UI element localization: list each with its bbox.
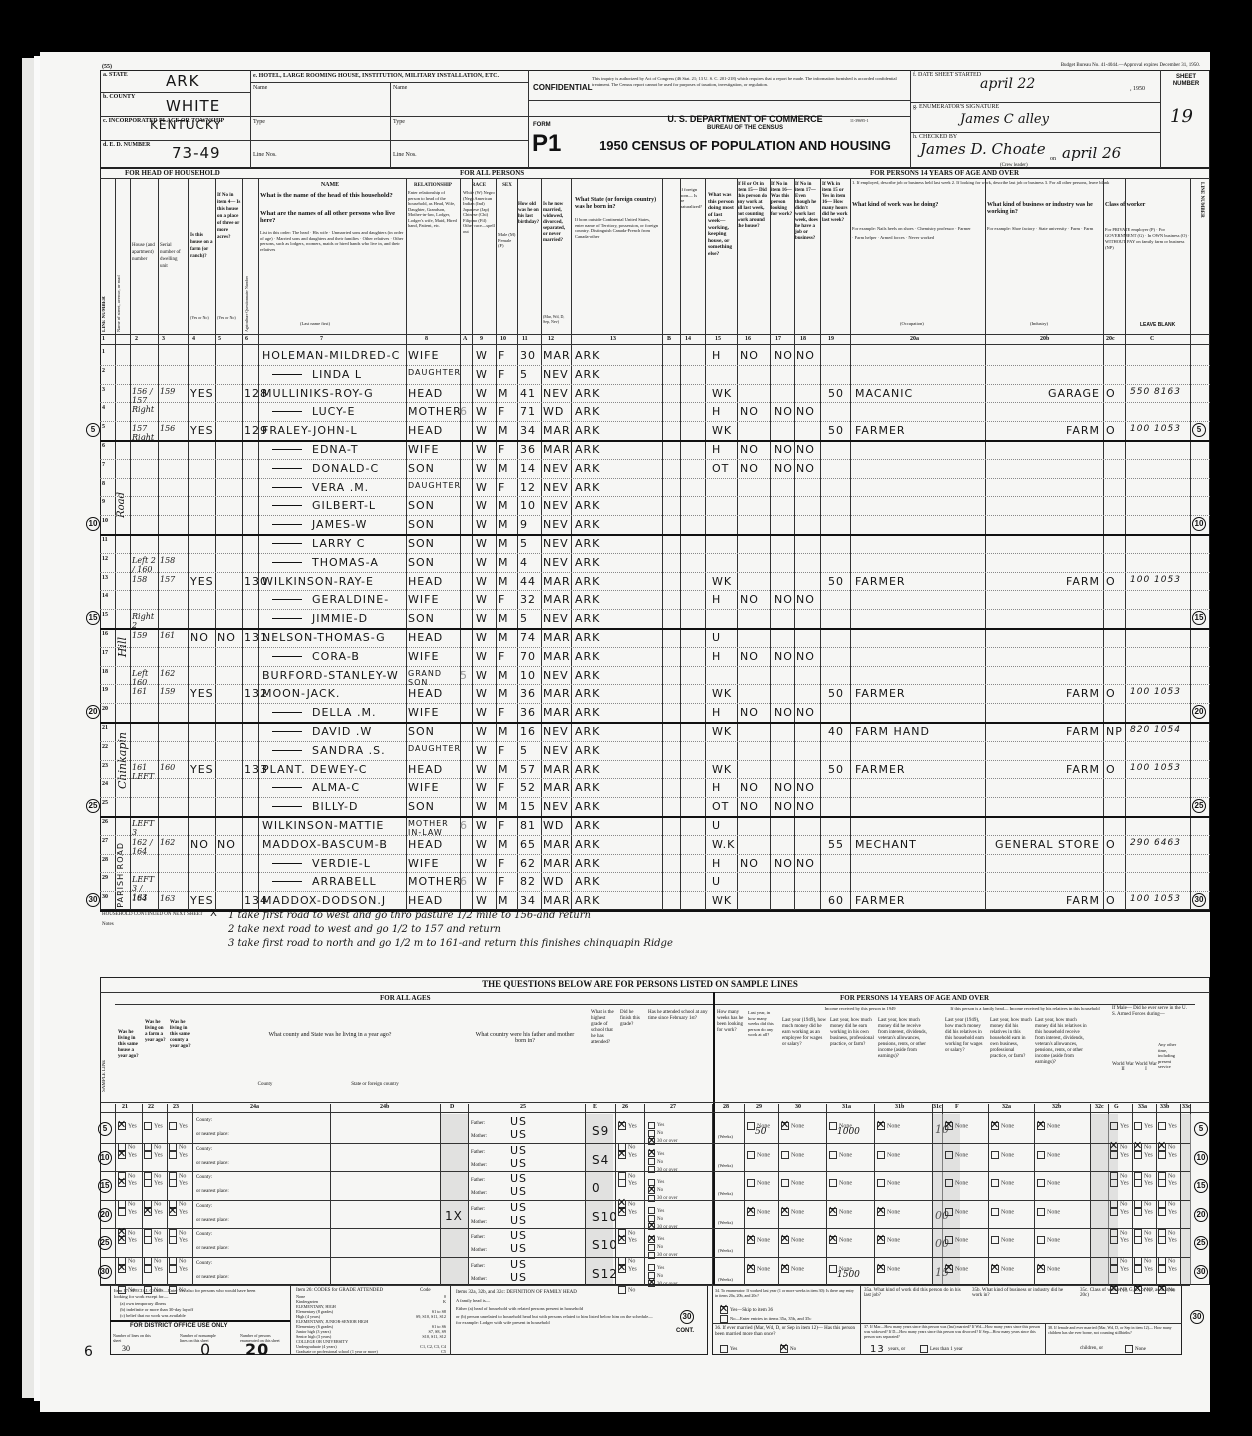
cell-farm: YES <box>190 687 214 700</box>
q31c-none-checkbox[interactable] <box>877 1236 885 1244</box>
q31b-field[interactable]: None <box>829 1203 852 1221</box>
q33b-yes-checkbox[interactable] <box>1134 1122 1142 1130</box>
sheet-label: SHEET NUMBER <box>1164 74 1208 88</box>
form-number: P1 <box>532 130 561 158</box>
q31a-field[interactable]: None <box>781 1260 804 1278</box>
cell-birth: ARK <box>575 800 655 813</box>
q24-county-field[interactable]: County:or nearest place: <box>196 1203 229 1224</box>
q34-no[interactable]: No—Enter entries in items 35a, 35b, and … <box>720 1315 811 1323</box>
q33c-yes[interactable]: Yes <box>1158 1174 1177 1192</box>
q27-yes-checkbox[interactable] <box>618 1236 626 1244</box>
q33a-yes[interactable]: Yes <box>1110 1174 1129 1192</box>
q23-yes[interactable]: Yes <box>169 1117 188 1135</box>
q32b-header: Last year, how much money did his relati… <box>990 1018 1032 1060</box>
q23-no-checkbox[interactable] <box>169 1286 177 1294</box>
q31a-none-checkbox[interactable] <box>781 1122 789 1130</box>
q23-yes[interactable]: Yes <box>169 1203 188 1221</box>
q28-checkbox[interactable] <box>648 1244 655 1251</box>
q33b-yes-checkbox[interactable] <box>1134 1265 1142 1273</box>
cell-rel: WIFE <box>408 349 460 362</box>
q21-yes-checkbox[interactable] <box>118 1208 126 1216</box>
q32b-field[interactable]: None <box>991 1231 1014 1249</box>
q32b-field[interactable]: None <box>991 1260 1014 1278</box>
cell-rel: HEAD <box>408 838 460 851</box>
q32c-none-checkbox[interactable] <box>1037 1179 1045 1187</box>
cell-mar: MAR <box>543 443 569 456</box>
q33b-yes[interactable]: Yes <box>1134 1260 1153 1278</box>
q21-yes-checkbox[interactable] <box>118 1265 126 1273</box>
q30-none-checkbox[interactable] <box>747 1151 755 1159</box>
q21-no-checkbox[interactable] <box>118 1286 126 1294</box>
sample-col-G: G <box>1114 1104 1119 1111</box>
q29-weeks[interactable]: (Weeks) <box>718 1191 733 1196</box>
q33b-no-checkbox[interactable] <box>1134 1286 1142 1294</box>
q32b-none-checkbox[interactable] <box>991 1122 999 1130</box>
cell-mar: MAR <box>543 631 569 644</box>
q33b-yes-checkbox[interactable] <box>1134 1208 1142 1216</box>
cell-race: W <box>476 763 490 776</box>
q29-weeks[interactable]: (Weeks) <box>718 1248 733 1253</box>
q22-yes[interactable]: Yes <box>144 1174 163 1192</box>
cell-house: 158 <box>132 575 160 584</box>
q33c-yes[interactable]: Yes <box>1158 1231 1177 1249</box>
sample-col-32a: 32a <box>1002 1104 1011 1111</box>
cell-age: 65 <box>520 838 540 851</box>
q30-none-checkbox[interactable] <box>747 1236 755 1244</box>
q32c-field[interactable]: None <box>1037 1203 1060 1221</box>
q31b-none-checkbox[interactable] <box>829 1236 837 1244</box>
col13-header: What State (or foreign country) was he b… <box>575 197 660 211</box>
q32a-none-checkbox[interactable] <box>945 1151 953 1159</box>
q21-yes-checkbox[interactable] <box>118 1151 126 1159</box>
q30-field[interactable]: None <box>747 1260 770 1278</box>
q21-yes-checkbox[interactable] <box>118 1122 126 1130</box>
q31a-field[interactable]: None <box>781 1174 804 1192</box>
q23-yes-checkbox[interactable] <box>169 1265 177 1273</box>
q24-county-field[interactable]: County:or nearest place: <box>196 1174 229 1195</box>
q27-yes-checkbox[interactable] <box>618 1122 626 1130</box>
date-year: , 1950 <box>1130 86 1145 93</box>
q32a-field[interactable]: None <box>945 1231 968 1249</box>
q21-no[interactable]: No <box>118 1281 137 1299</box>
col16-header: If H or Ot in item 15— Did this person d… <box>737 182 769 230</box>
q33a-yes-checkbox[interactable] <box>1110 1265 1118 1273</box>
q33a-yes[interactable]: Yes <box>1110 1231 1129 1249</box>
q32c-field[interactable]: None <box>1037 1117 1060 1135</box>
q33c-yes-checkbox[interactable] <box>1158 1122 1166 1130</box>
q33a-yes-checkbox[interactable] <box>1110 1179 1118 1187</box>
q21-yes[interactable]: Yes <box>118 1117 137 1135</box>
q24-county-field[interactable]: County:or nearest place: <box>196 1260 229 1281</box>
cell-race: W <box>476 349 490 362</box>
cell-hours: 50 <box>828 424 848 437</box>
q21-yes-checkbox[interactable] <box>118 1236 126 1244</box>
q37-less[interactable]: Less than 1 year <box>920 1345 963 1353</box>
cell-birth: ARK <box>575 424 655 437</box>
q21-yes[interactable]: Yes <box>118 1260 137 1278</box>
q33-group: If Male— Did he ever serve in the U. S. … <box>1112 1006 1187 1018</box>
q36-yes[interactable]: Yes <box>720 1345 737 1353</box>
q33a-no[interactable]: No <box>1110 1281 1129 1299</box>
q31c-none-checkbox[interactable] <box>877 1179 885 1187</box>
cell-serial: 162 <box>160 838 188 847</box>
cell-activity: WK <box>712 725 736 738</box>
q33c-yes-checkbox[interactable] <box>1158 1208 1166 1216</box>
q32a-none-checkbox[interactable] <box>945 1236 953 1244</box>
q32a-field[interactable]: None <box>945 1146 968 1164</box>
cell-q16: NO <box>740 800 768 813</box>
cell-name: PLANT. DEWEY-C <box>262 763 406 776</box>
q32b-field[interactable]: None <box>991 1117 1014 1135</box>
q23-yes[interactable]: Yes <box>169 1260 188 1278</box>
q32b-none-checkbox[interactable] <box>991 1179 999 1187</box>
q31a-none-checkbox[interactable] <box>781 1179 789 1187</box>
q34-yes[interactable]: Yes—Skip to item 36 <box>720 1306 773 1314</box>
q32a-none-checkbox[interactable] <box>945 1122 953 1130</box>
q28-option[interactable]: Yes <box>648 1259 678 1267</box>
q32b-none-checkbox[interactable] <box>991 1265 999 1273</box>
col20a-examples: For example: Nails heels on shoes · Chem… <box>852 224 972 242</box>
sample-col-33a: 33a <box>1138 1104 1147 1111</box>
q31a-field[interactable]: None <box>781 1231 804 1249</box>
cell-codes: 550 8163 <box>1130 387 1190 397</box>
sample-line-marker: 30 <box>86 893 100 907</box>
q31a-none-checkbox[interactable] <box>781 1151 789 1159</box>
q28-option[interactable]: Yes <box>648 1173 678 1181</box>
q32a-field[interactable]: None <box>945 1174 968 1192</box>
q31b-field[interactable]: None <box>829 1146 852 1164</box>
cell-serial: 159 <box>160 387 188 396</box>
q31b-none-checkbox[interactable] <box>829 1122 837 1130</box>
q33c-yes[interactable]: Yes <box>1158 1146 1177 1164</box>
q33b-yes[interactable]: Yes <box>1134 1117 1153 1135</box>
q33c-yes-checkbox[interactable] <box>1158 1151 1166 1159</box>
persons-value: 20 <box>245 1340 269 1359</box>
q33a-no-checkbox[interactable] <box>1110 1286 1118 1294</box>
q32a-field[interactable]: None <box>945 1260 968 1278</box>
q31c-none-checkbox[interactable] <box>877 1122 885 1130</box>
q33b-yes[interactable]: Yes <box>1134 1174 1153 1192</box>
q22-no[interactable]: No <box>144 1281 163 1299</box>
q32a-none-checkbox[interactable] <box>945 1208 953 1216</box>
q33c-yes[interactable]: Yes <box>1158 1117 1177 1135</box>
cell-house: 162 / 164 <box>132 838 160 856</box>
q32c-field[interactable]: None <box>1037 1231 1060 1249</box>
cell-activity: H <box>712 405 736 418</box>
q27-yes-checkbox[interactable] <box>618 1265 626 1273</box>
q22-yes[interactable]: Yes <box>144 1117 163 1135</box>
q28-checkbox[interactable] <box>648 1150 655 1157</box>
cell-occ: FARMER <box>855 575 985 588</box>
q28-checkbox[interactable] <box>648 1122 655 1129</box>
cell-serial: 160 <box>160 763 188 772</box>
q32b-none-checkbox[interactable] <box>991 1236 999 1244</box>
q31a-field[interactable]: None <box>781 1117 804 1135</box>
q30-field[interactable]: None <box>747 1203 770 1221</box>
q27-no-checkbox[interactable] <box>618 1286 626 1294</box>
q28-checkbox[interactable] <box>648 1187 655 1194</box>
q32a-field[interactable]: None <box>945 1203 968 1221</box>
q29-weeks[interactable]: (Weeks) <box>718 1163 733 1168</box>
q30-none-checkbox[interactable] <box>747 1179 755 1187</box>
q28-option[interactable]: Yes <box>648 1230 678 1238</box>
q32b-none-checkbox[interactable] <box>991 1208 999 1216</box>
q29-weeks[interactable]: (Weeks) <box>718 1277 733 1282</box>
q23-yes[interactable]: Yes <box>169 1231 188 1249</box>
q31b-field[interactable]: None <box>829 1174 852 1192</box>
cell-sex: M <box>498 631 514 644</box>
cell-line: 18 <box>102 669 114 676</box>
q33b-yes[interactable]: Yes <box>1134 1146 1153 1164</box>
q33a-yes[interactable]: Yes <box>1110 1146 1129 1164</box>
q31a-none-checkbox[interactable] <box>781 1265 789 1273</box>
cell-race: W <box>476 669 490 682</box>
q28-checkbox[interactable] <box>648 1280 655 1287</box>
q32b-field[interactable]: None <box>991 1146 1014 1164</box>
q28-checkbox[interactable] <box>648 1264 655 1271</box>
q31a-none-checkbox[interactable] <box>781 1208 789 1216</box>
q31a-header: Last year (1949), how much money did he … <box>782 1018 827 1048</box>
q28-option[interactable]: 30 or over <box>648 1275 678 1283</box>
col8-title: RELATIONSHIP <box>408 182 458 189</box>
q31-group: Income received by this person in 1949 <box>800 1006 920 1011</box>
q23-yes-checkbox[interactable] <box>169 1151 177 1159</box>
q33a-yes[interactable]: Yes <box>1110 1260 1129 1278</box>
q31c-field[interactable]: None <box>877 1174 900 1192</box>
q23-yes-checkbox[interactable] <box>169 1208 177 1216</box>
q31b-none-checkbox[interactable] <box>829 1265 837 1273</box>
q30-field[interactable]: None <box>747 1146 770 1164</box>
cell-cls: O <box>1106 424 1126 437</box>
cell-house: 159 <box>132 631 160 640</box>
q32a-none-checkbox[interactable] <box>945 1179 953 1187</box>
q32b-field[interactable]: None <box>991 1174 1014 1192</box>
q33b-no[interactable]: No <box>1134 1281 1153 1299</box>
q32b-field[interactable]: None <box>991 1203 1014 1221</box>
cell-agq: 134 <box>244 894 258 907</box>
q22-yes-checkbox[interactable] <box>144 1265 152 1273</box>
sample-row-line-right: 20 <box>1194 1208 1208 1222</box>
cell-birth: ARK <box>575 387 655 400</box>
cell-q16: NO <box>740 405 768 418</box>
q32c-none-checkbox[interactable] <box>1037 1122 1045 1130</box>
q27-yes[interactable]: Yes <box>618 1203 637 1221</box>
q27-yes[interactable]: Yes <box>618 1174 637 1192</box>
q21-yes[interactable]: Yes <box>118 1174 137 1192</box>
cell-race: W <box>476 575 490 588</box>
q32a-none-checkbox[interactable] <box>945 1265 953 1273</box>
q38-none[interactable]: None <box>1125 1345 1146 1353</box>
q30-none-checkbox[interactable] <box>747 1208 755 1216</box>
cell-sex: F <box>498 744 514 757</box>
q33b-yes[interactable]: Yes <box>1134 1203 1153 1221</box>
q31b-none-checkbox[interactable] <box>829 1151 837 1159</box>
q27-no[interactable]: No <box>618 1281 637 1299</box>
q28-options: YesNo30 or over <box>648 1230 678 1254</box>
q24-county-field[interactable]: County:or nearest place: <box>196 1231 229 1252</box>
q28-option[interactable]: Yes <box>648 1202 678 1210</box>
cell-birth: ARK <box>575 725 655 738</box>
column-number-11: 11 <box>522 336 528 343</box>
q36-no[interactable]: No <box>780 1345 796 1353</box>
q32c-none-checkbox[interactable] <box>1037 1236 1045 1244</box>
highest-grade: S9 <box>592 1124 609 1138</box>
page-mark: 6 <box>84 1344 94 1360</box>
q31c-field[interactable]: None <box>877 1117 900 1135</box>
cell-birth: ARK <box>575 481 655 494</box>
q21-yes-checkbox[interactable] <box>118 1179 126 1187</box>
cell-rel: MOTHER IN-LAW <box>408 819 460 837</box>
q29-weeks[interactable]: (Weeks) <box>718 1134 733 1139</box>
q27-yes[interactable]: Yes <box>618 1146 637 1164</box>
q33a-yes[interactable]: Yes <box>1110 1117 1129 1135</box>
q33b-yes-checkbox[interactable] <box>1134 1236 1142 1244</box>
q31a-field[interactable]: None <box>781 1203 804 1221</box>
q22-yes-checkbox[interactable] <box>144 1122 152 1130</box>
q31c-field[interactable]: None <box>877 1146 900 1164</box>
q32b-none-checkbox[interactable] <box>991 1151 999 1159</box>
q33c-yes[interactable]: Yes <box>1158 1260 1177 1278</box>
cell-rel: HEAD <box>408 894 460 907</box>
q31b-none-checkbox[interactable] <box>829 1179 837 1187</box>
q32a-field[interactable]: None <box>945 1117 968 1135</box>
cell-hours: 50 <box>828 763 848 776</box>
q32c-none-checkbox[interactable] <box>1037 1208 1045 1216</box>
q28-option[interactable]: Yes <box>648 1116 678 1124</box>
q22-yes[interactable]: Yes <box>144 1146 163 1164</box>
q32c-field[interactable]: None <box>1037 1174 1060 1192</box>
q21-yes[interactable]: Yes <box>118 1231 137 1249</box>
cell-agq: 130 <box>244 575 258 588</box>
cell-age: 30 <box>520 349 540 362</box>
col-d-value: 1X <box>445 1209 463 1223</box>
q22-yes-checkbox[interactable] <box>144 1236 152 1244</box>
q33b-yes-checkbox[interactable] <box>1134 1151 1142 1159</box>
q33a-yes-checkbox[interactable] <box>1110 1122 1118 1130</box>
cell-cls: NP <box>1106 725 1126 738</box>
q21-yes[interactable]: Yes <box>118 1146 137 1164</box>
q23-no[interactable]: No <box>169 1281 188 1299</box>
q33a-yes-checkbox[interactable] <box>1110 1236 1118 1244</box>
cell-line: 17 <box>102 650 114 657</box>
q22-yes-checkbox[interactable] <box>144 1208 152 1216</box>
q28-option[interactable]: 30 or over <box>648 1218 678 1226</box>
cell-q17: NO <box>774 349 794 362</box>
q33a-yes-checkbox[interactable] <box>1110 1151 1118 1159</box>
q27-yes-checkbox[interactable] <box>618 1179 626 1187</box>
q31a-none-checkbox[interactable] <box>781 1236 789 1244</box>
q31c-none-checkbox[interactable] <box>877 1265 885 1273</box>
q30-value: 50 <box>755 1127 766 1137</box>
q31c-field[interactable]: None <box>877 1260 900 1278</box>
q28-checkbox[interactable] <box>648 1207 655 1214</box>
q33a-yes-checkbox[interactable] <box>1110 1208 1118 1216</box>
item17-a: (a) own temporary illness <box>120 1301 166 1306</box>
q32c-none-checkbox[interactable] <box>1037 1265 1045 1273</box>
q27-yes[interactable]: Yes <box>618 1260 637 1278</box>
q33c-yes[interactable]: Yes <box>1158 1203 1177 1221</box>
cell-mar: WD <box>543 405 569 418</box>
q30-none-checkbox[interactable] <box>747 1122 755 1130</box>
q30-field[interactable]: None <box>747 1174 770 1192</box>
q28-checkbox[interactable] <box>648 1236 655 1243</box>
q29-weeks[interactable]: (Weeks) <box>718 1220 733 1225</box>
q34-no-checkbox[interactable] <box>720 1315 728 1323</box>
col7-note: (Last name first) <box>300 320 330 327</box>
q21-yes[interactable]: Yes <box>118 1203 137 1221</box>
q31a-field[interactable]: None <box>781 1146 804 1164</box>
cell-sex: M <box>498 687 514 700</box>
q31b-none-checkbox[interactable] <box>829 1208 837 1216</box>
q38-none-checkbox[interactable] <box>1125 1345 1133 1353</box>
q33a-yes[interactable]: Yes <box>1110 1203 1129 1221</box>
q31b-field[interactable]: None <box>829 1231 852 1249</box>
q28-checkbox[interactable] <box>648 1158 655 1165</box>
q22-yes-checkbox[interactable] <box>144 1151 152 1159</box>
q32c-field[interactable]: None <box>1037 1146 1060 1164</box>
q36-no-checkbox[interactable] <box>780 1345 788 1353</box>
q37-less-checkbox[interactable] <box>920 1345 928 1353</box>
q28-option[interactable]: 30 or over <box>648 1132 678 1140</box>
q23-yes[interactable]: Yes <box>169 1174 188 1192</box>
q34-yes-checkbox[interactable] <box>720 1306 728 1314</box>
q36-yes-checkbox[interactable] <box>720 1345 728 1353</box>
q30-none-checkbox[interactable] <box>747 1265 755 1273</box>
q23-yes-checkbox[interactable] <box>169 1179 177 1187</box>
q31c-field[interactable]: None <box>877 1231 900 1249</box>
q33c-yes-checkbox[interactable] <box>1158 1236 1166 1244</box>
q23-yes[interactable]: Yes <box>169 1146 188 1164</box>
q27-yes[interactable]: Yes <box>618 1117 637 1135</box>
hotel-name-label: Name <box>253 85 267 92</box>
cell-activity: H <box>712 857 736 870</box>
q24-county-field[interactable]: County:or nearest place: <box>196 1117 229 1138</box>
q33c-yes-checkbox[interactable] <box>1158 1179 1166 1187</box>
q22-yes[interactable]: Yes <box>144 1203 163 1221</box>
cell-mar: NEV <box>543 387 569 400</box>
q33b-yes[interactable]: Yes <box>1134 1231 1153 1249</box>
family-head-title: Items 32a, 32b, and 32c: DEFINITION OF F… <box>456 1290 577 1295</box>
q33c-no-checkbox[interactable] <box>1158 1286 1166 1294</box>
q33b-yes-checkbox[interactable] <box>1134 1179 1142 1187</box>
q23-yes-checkbox[interactable] <box>169 1236 177 1244</box>
q22-yes-checkbox[interactable] <box>144 1179 152 1187</box>
q30-field[interactable]: None <box>747 1231 770 1249</box>
cell-mar: MAR <box>543 781 569 794</box>
q33c-yes-checkbox[interactable] <box>1158 1265 1166 1273</box>
q31b-header: Last year, how much money did he earn wo… <box>830 1018 875 1048</box>
q22-yes[interactable]: Yes <box>144 1231 163 1249</box>
q22-yes[interactable]: Yes <box>144 1260 163 1278</box>
q28-option[interactable]: Yes <box>648 1145 678 1153</box>
q31c-none-checkbox[interactable] <box>877 1151 885 1159</box>
q22-no-checkbox[interactable] <box>144 1286 152 1294</box>
q23-yes-checkbox[interactable] <box>169 1122 177 1130</box>
q32c-field[interactable]: None <box>1037 1260 1060 1278</box>
sample-col-30: 30 <box>795 1104 801 1111</box>
q24-county-field[interactable]: County:or nearest place: <box>196 1146 229 1167</box>
q27-yes-checkbox[interactable] <box>618 1151 626 1159</box>
q32c-none-checkbox[interactable] <box>1037 1151 1045 1159</box>
q31c-field[interactable]: None <box>877 1203 900 1221</box>
parent-labels: Father:Mother: <box>471 1260 487 1286</box>
q27-yes-checkbox[interactable] <box>618 1208 626 1216</box>
q31c-none-checkbox[interactable] <box>877 1208 885 1216</box>
q28-option[interactable]: No <box>648 1181 678 1189</box>
q27-yes[interactable]: Yes <box>618 1231 637 1249</box>
q33c-no[interactable]: No <box>1158 1281 1177 1299</box>
cell-house: 157 Right <box>132 424 160 442</box>
